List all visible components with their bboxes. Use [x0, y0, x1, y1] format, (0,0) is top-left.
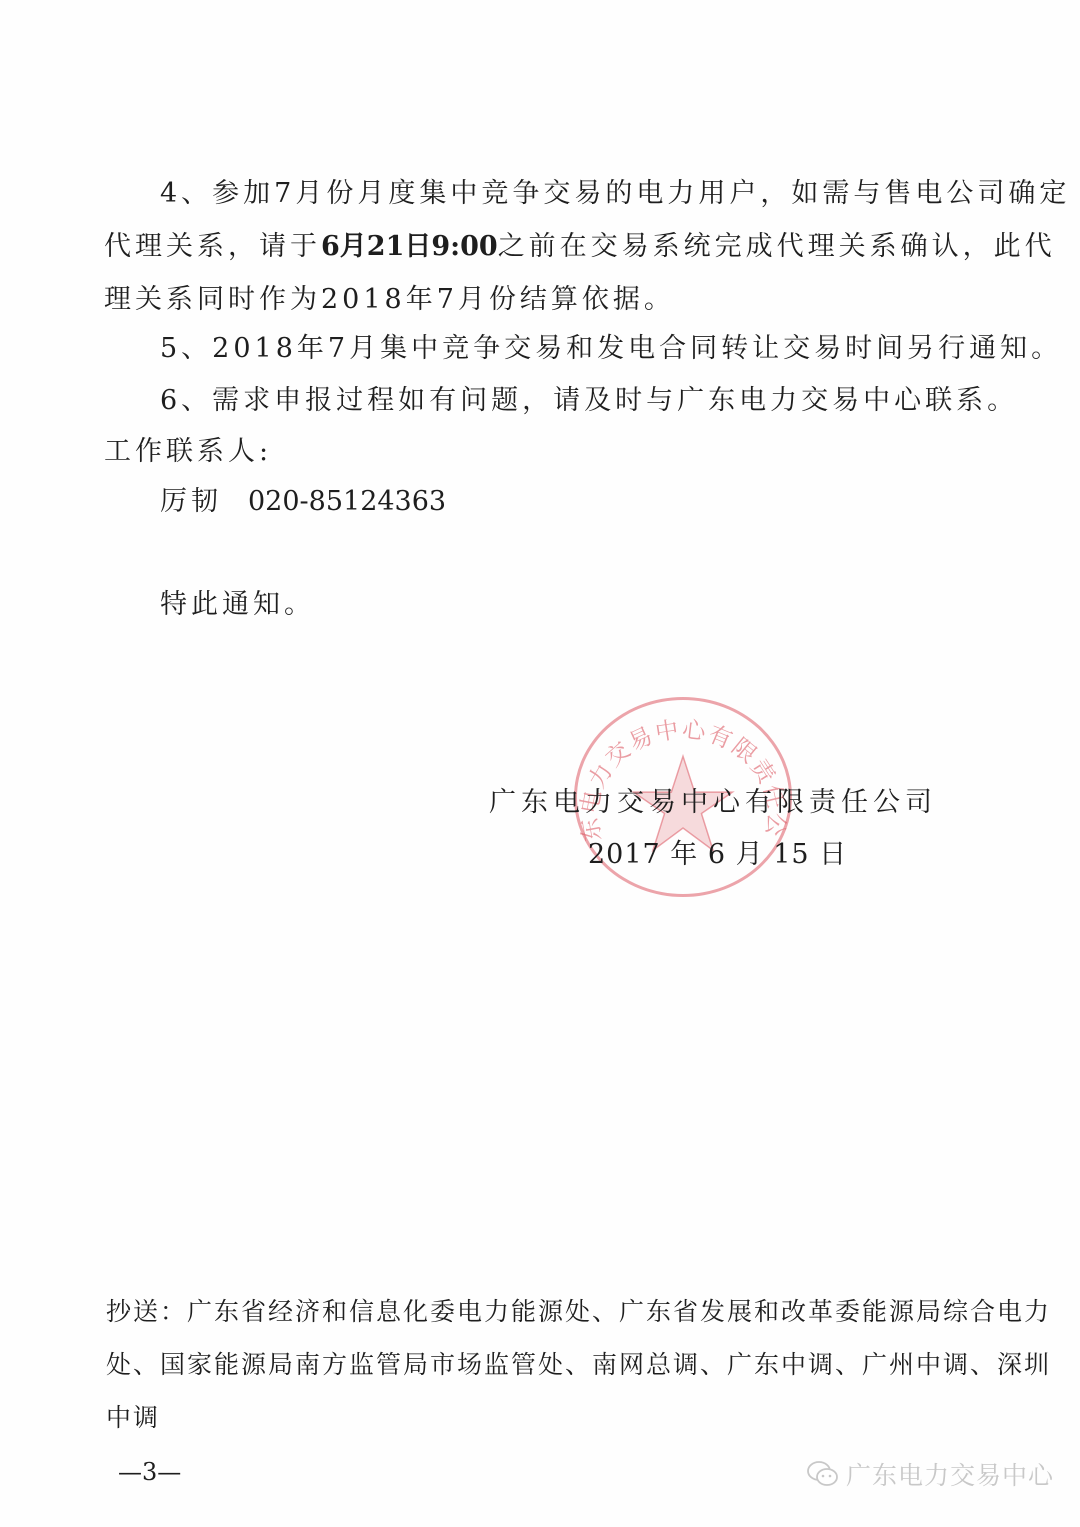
deadline-highlight: 6月21日9:00	[321, 231, 498, 262]
cc-line-3: 中调	[106, 1398, 160, 1438]
watermark-text: 广东电力交易中心	[846, 1456, 1054, 1492]
closing-text: 特此通知。	[160, 585, 315, 625]
item-4-text-post: 之前在交易系统完成代理关系确认，此代	[498, 231, 1056, 262]
contact-phone: 020-85124363	[248, 486, 446, 517]
page-number: —3—	[118, 1457, 181, 1487]
watermark: 广东电力交易中心	[806, 1456, 1054, 1492]
contact-line: 厉韧020-85124363	[160, 482, 446, 522]
item-6: 6、需求申报过程如有问题，请及时与广东电力交易中心联系。	[160, 381, 1018, 421]
cc-line-1: 抄送：广东省经济和信息化委电力能源处、广东省发展和改革委能源局综合电力	[106, 1292, 1051, 1332]
cc-line-2: 处、国家能源局南方监管局市场监管处、南网总调、广东中调、广州中调、深圳	[106, 1345, 1051, 1385]
contact-label: 工作联系人:	[104, 432, 272, 472]
item-4-text-pre: 代理关系，请于	[104, 231, 321, 262]
signature-date: 2017 年 6 月 15 日	[588, 835, 847, 875]
signature-org: 广东电力交易中心有限责任公司	[489, 783, 937, 823]
item-4-line-1: 4、参加7月份月度集中竞争交易的电力用户，如需与售电公司确定	[160, 174, 1070, 214]
contact-name: 厉韧	[160, 486, 222, 517]
wechat-icon	[806, 1459, 840, 1489]
item-4-line-3: 理关系同时作为2018年7月份结算依据。	[104, 280, 675, 320]
item-5: 5、2018年7月集中竞争交易和发电合同转让交易时间另行通知。	[160, 329, 1062, 369]
item-4-line-2: 代理关系，请于6月21日9:00之前在交易系统完成代理关系确认，此代	[104, 227, 1056, 267]
document-page: 4、参加7月份月度集中竞争交易的电力用户，如需与售电公司确定 代理关系，请于6月…	[0, 0, 1080, 1527]
